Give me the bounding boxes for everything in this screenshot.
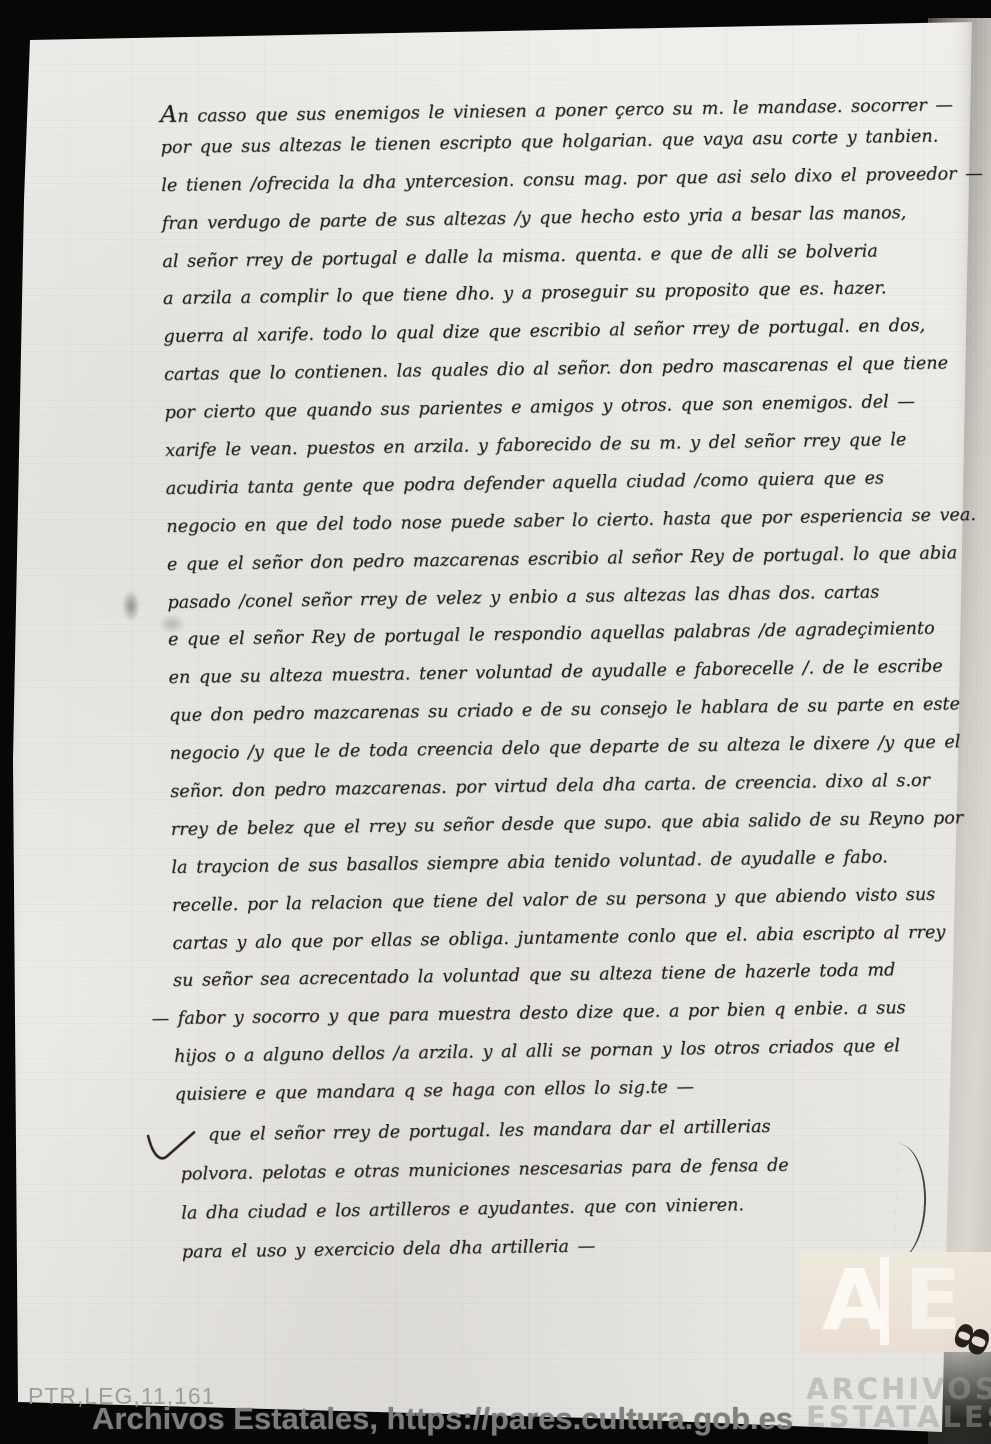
attribution-watermark: Archivos Estatales, https://pares.cultur… bbox=[92, 1401, 793, 1437]
paragraph-tick-mark bbox=[146, 1129, 198, 1164]
main-paragraph: An casso que sus enemigos le viniesen a … bbox=[160, 88, 991, 1123]
logo-caption-estatales: ESTATALES bbox=[806, 1400, 991, 1434]
ink-smudge bbox=[122, 590, 140, 622]
logo-letter-a: A bbox=[822, 1252, 887, 1348]
logo-divider bbox=[880, 1257, 889, 1345]
closing-paragraph: que el señor rrey de portugal. les manda… bbox=[150, 1117, 790, 1282]
scanned-manuscript-view: { "colors": { "scan_background": "#07070… bbox=[0, 0, 991, 1444]
